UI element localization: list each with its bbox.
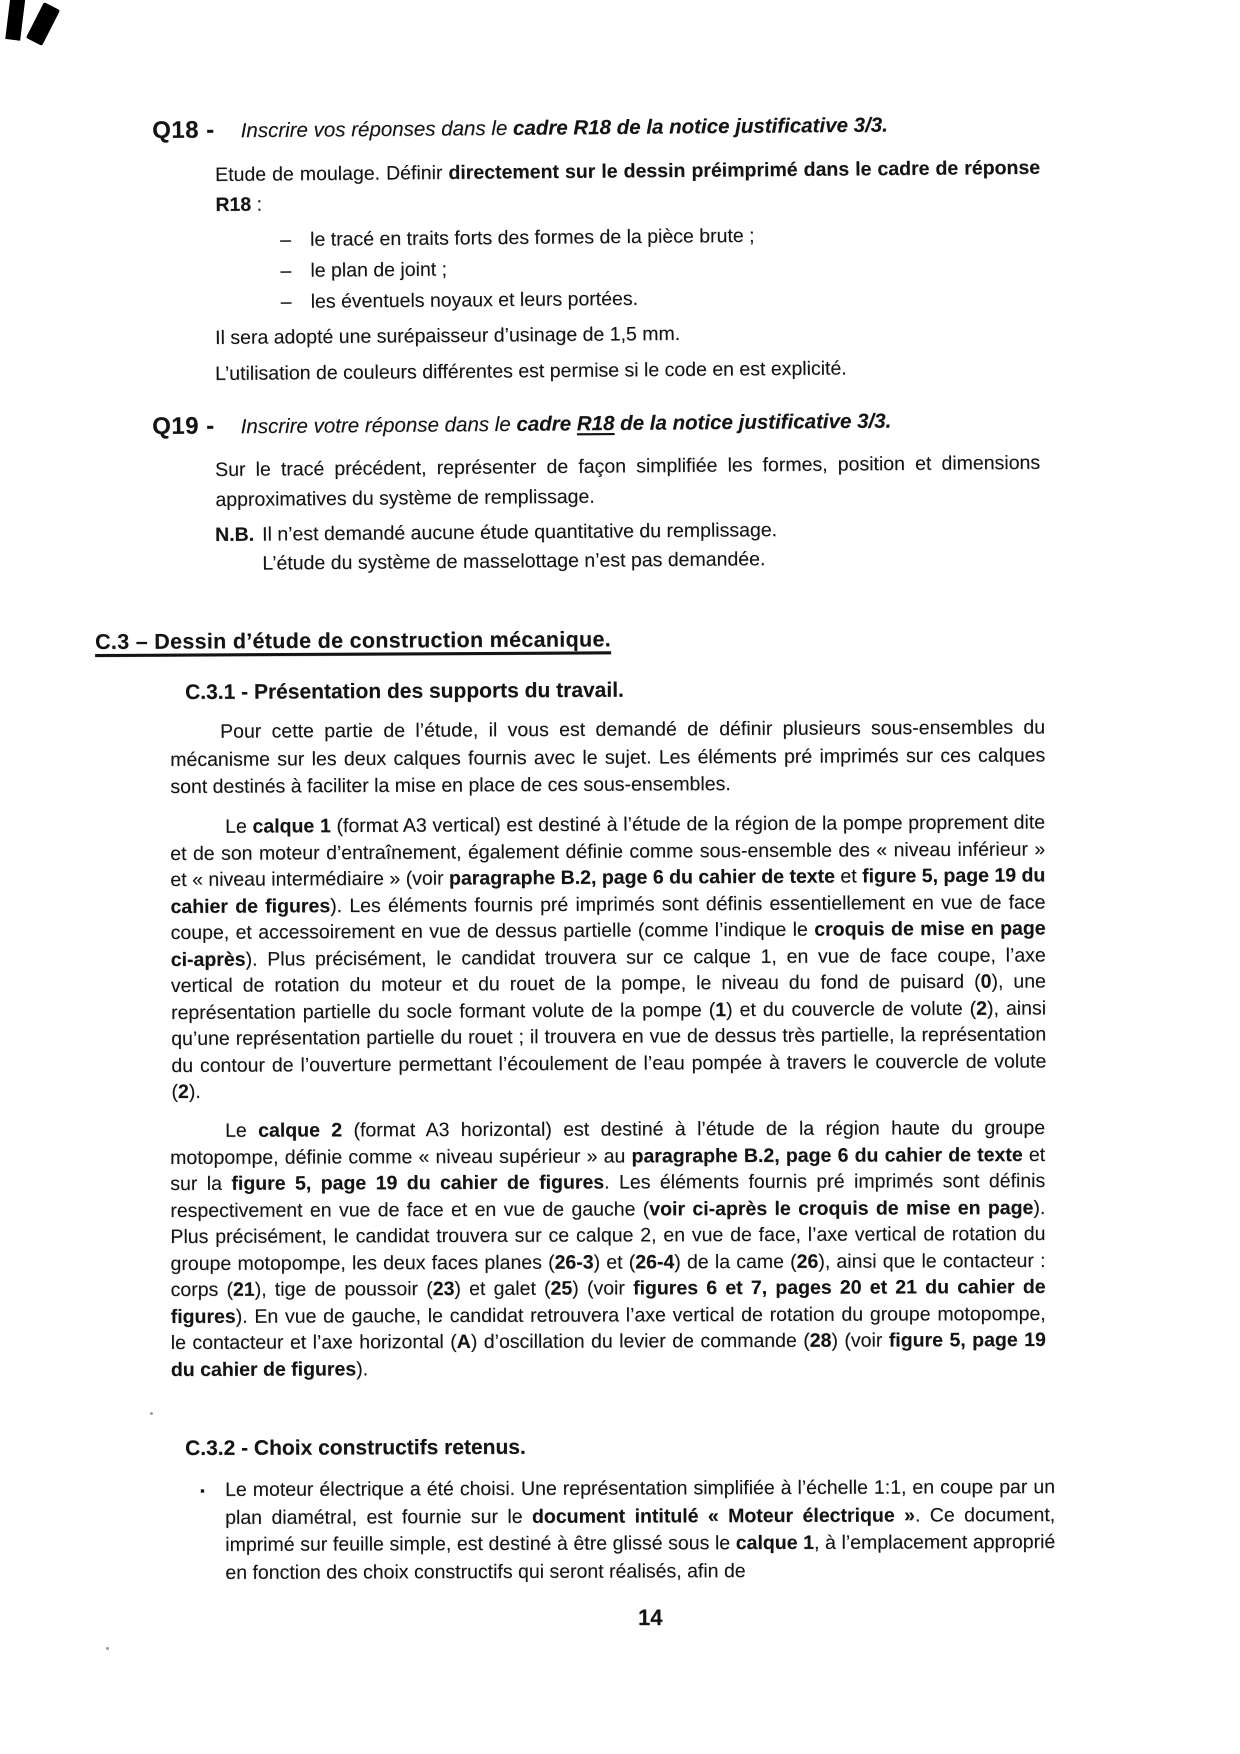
list-item-text: les éventuels noyaux et leurs portées. [311, 284, 639, 318]
q19-instruction: Inscrire votre réponse dans le cadre R18… [241, 410, 892, 439]
section-c32-heading: C.3.2 - Choix constructifs retenus. [185, 1436, 526, 1461]
scan-ink-mark [26, 2, 60, 46]
list-item-text: le plan de joint ; [310, 255, 447, 287]
c31-paragraph-intro: Pour cette partie de l’étude, il vous es… [170, 714, 1045, 801]
scan-speck [150, 1412, 153, 1415]
section-c3-heading: C.3 – Dessin d’étude de construction méc… [95, 627, 611, 655]
q19-paragraph: Sur le tracé précédent, représenter de f… [215, 448, 1040, 515]
nb-text: L’étude du système de masselottage n’est… [262, 545, 765, 578]
q19-nota-bene: N.B. Il n’est demandé aucune étude quant… [215, 514, 1045, 579]
scan-speck [106, 1647, 109, 1650]
section-c31-heading: C.3.1 - Présentation des supports du tra… [185, 679, 624, 705]
q18-instruction: Inscrire vos réponses dans le cadre R18 … [241, 114, 888, 143]
page-number: 14 [638, 1605, 662, 1631]
q18-note-colors: L’utilisation de couleurs différentes es… [215, 353, 847, 389]
nb-label: N.B. [215, 521, 262, 550]
nb-line: L’étude du système de masselottage n’est… [215, 543, 1045, 579]
c31-paragraph-calque1: Le calque 1 (format A3 vertical) est des… [170, 809, 1047, 1105]
nb-indent [215, 550, 262, 579]
q18-paragraph: Etude de moulage. Définir directement su… [215, 153, 1040, 220]
c32-bullet-text: Le moteur électrique a été choisi. Une r… [225, 1474, 1055, 1587]
q18-bullet-list: – le tracé en traits forts des formes de… [280, 219, 1021, 318]
dash-bullet: – [280, 225, 310, 256]
q18-note-machining: Il sera adopté une surépaisseur d’usinag… [215, 319, 680, 353]
q18-heading: Q18 -Inscrire vos réponses dans le cadre… [152, 110, 888, 147]
dash-bullet: – [281, 287, 311, 318]
c31-paragraph-calque2: Le calque 2 (format A3 horizontal) est d… [170, 1115, 1046, 1383]
nb-text: Il n’est demandé aucune étude quantitati… [262, 516, 777, 549]
scan-ink-mark [5, 0, 25, 41]
dash-bullet: – [280, 256, 310, 287]
list-item-text: le tracé en traits forts des formes de l… [310, 221, 755, 256]
q19-label: Q19 - [152, 412, 215, 440]
square-bullet: ▪ [200, 1477, 225, 1587]
q18-label: Q18 - [152, 116, 215, 144]
scanned-exam-page: Q18 -Inscrire vos réponses dans le cadre… [0, 0, 1240, 1754]
q19-heading: Q19 -Inscrire votre réponse dans le cadr… [152, 406, 891, 443]
c32-bullet-item: ▪ Le moteur électrique a été choisi. Une… [200, 1474, 1058, 1587]
list-item: – les éventuels noyaux et leurs portées. [281, 281, 1021, 318]
